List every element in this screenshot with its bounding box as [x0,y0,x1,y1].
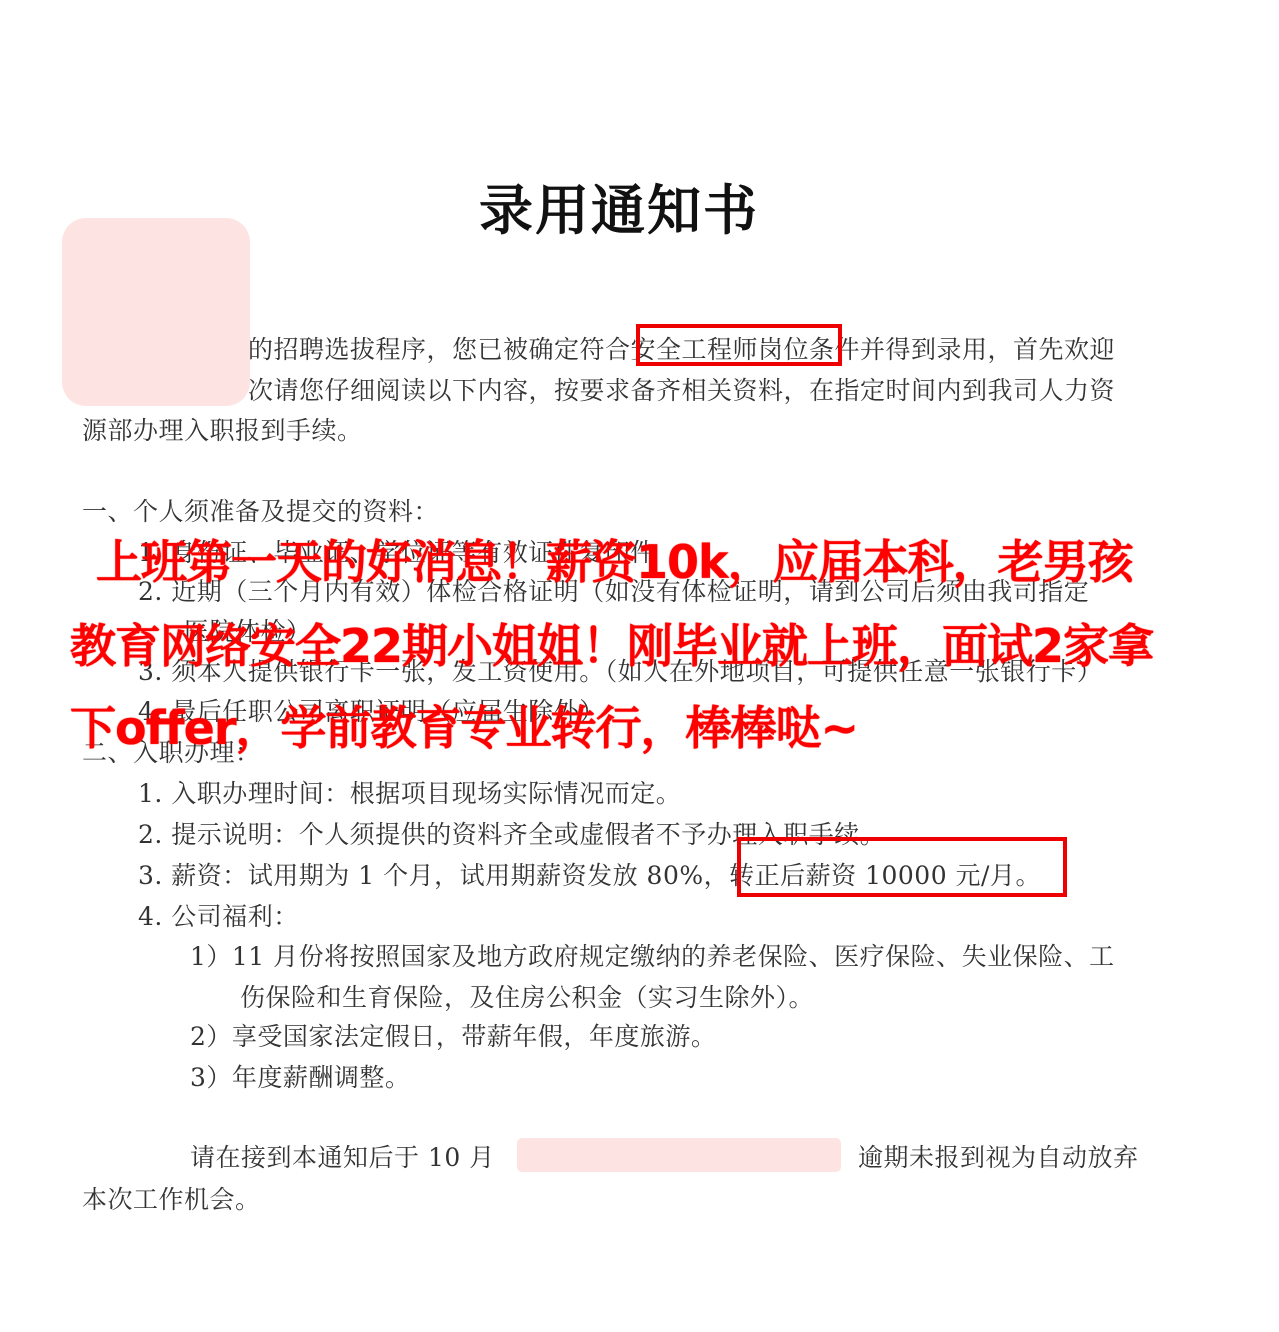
benefit-1: 1）11 月份将按照国家及地方政府规定缴纳的养老保险、医疗保险、失业保险、工 [190,937,1115,973]
section2-item-4: 4. 公司福利： [138,897,299,933]
benefit-1-cont: 伤保险和生育保险，及住房公积金（实习生除外）。 [240,978,814,1014]
section1-heading: 一、个人须准备及提交的资料： [82,492,439,528]
closing-line-1-end: 逾期未报到视为自动放弃 [858,1138,1139,1174]
intro-text: 的招聘选拔程序，您已被确定符合 [248,335,631,364]
intro-text-end: 条件并得到录用，首先欢迎 [809,335,1115,364]
salary-terms-text: 3. 薪资：试用期为 1 个月，试用期薪资发放 80%， [138,861,729,890]
redacted-logo-area [62,218,250,406]
caption-line-1: 上班第一天的好消息！薪资10k，应届本科，老男孩 [96,526,1133,592]
section2-item-1: 1. 入职办理时间：根据项目现场实际情况而定。 [138,774,681,810]
closing-line-1-start: 请在接到本通知后于 10 月 [190,1138,495,1174]
benefit-2: 2）享受国家法定假日，带薪年假，年度旅游。 [190,1017,716,1053]
intro-line-3: 源部办理入职报到手续。 [82,411,363,447]
position-highlight-box [636,324,842,366]
caption-line-3: 下offer，学前教育专业转行，棒棒哒~ [70,692,858,758]
intro-line-2: 次请您仔细阅读以下内容，按要求备齐相关资料，在指定时间内到我司人力资 [248,371,1115,407]
salary-highlight-box [737,837,1067,897]
benefit-3: 3）年度薪酬调整。 [190,1058,410,1094]
caption-line-2: 教育网络安全22期小姐姐！刚毕业就上班，面试2家拿 [70,610,1153,676]
redacted-date [517,1138,841,1172]
closing-line-2: 本次工作机会。 [82,1180,261,1216]
